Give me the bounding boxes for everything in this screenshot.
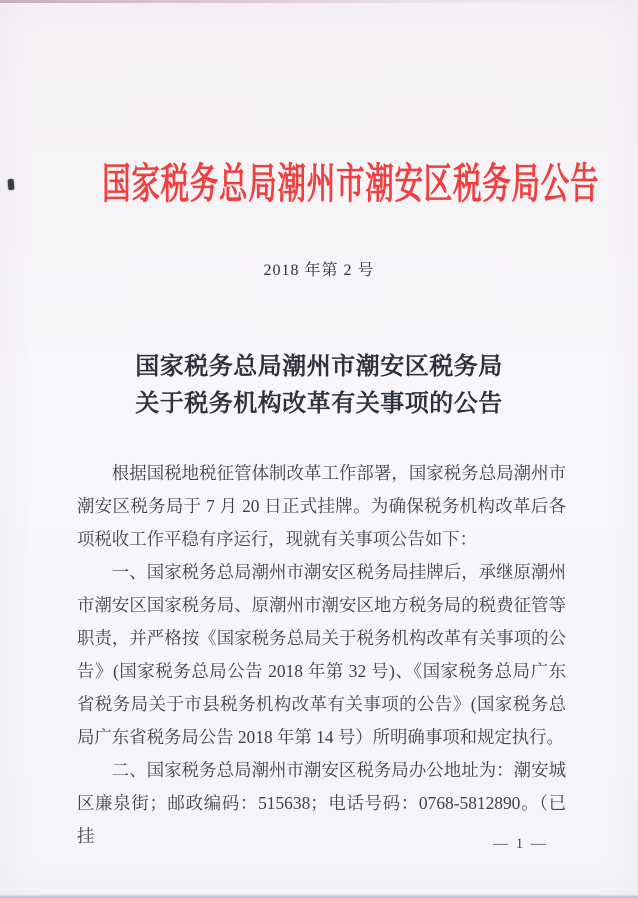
document-body: 根据国税地税征管体制改革工作部署，国家税务总局潮州市潮安区税务局于 7 月 20… [77,457,566,853]
scan-artifact-speck [8,179,15,190]
document-heading-line1: 国家税务总局潮州市潮安区税务局 [0,349,638,386]
announcement-title: 国家税务总局潮州市潮安区税务局公告 [102,158,536,210]
document-heading: 国家税务总局潮州市潮安区税务局 关于税务机构改革有关事项的公告 [0,349,638,423]
page-number: — 1 — [493,836,548,853]
scan-edge-bottom [0,894,638,898]
document-heading-line2: 关于税务机构改革有关事项的公告 [0,386,638,423]
paragraph-item-1: 一、国家税务总局潮州市潮安区税务局挂牌后，承继原潮州市潮安区国家税务局、原潮州市… [77,556,566,754]
scanned-document-page: 国家税务总局潮州市潮安区税务局公告 2018 年第 2 号 国家税务总局潮州市潮… [0,0,638,898]
paragraph-intro: 根据国税地税征管体制改革工作部署，国家税务总局潮州市潮安区税务局于 7 月 20… [77,457,566,556]
scan-edge-top [0,0,638,3]
issue-number: 2018 年第 2 号 [0,257,638,280]
